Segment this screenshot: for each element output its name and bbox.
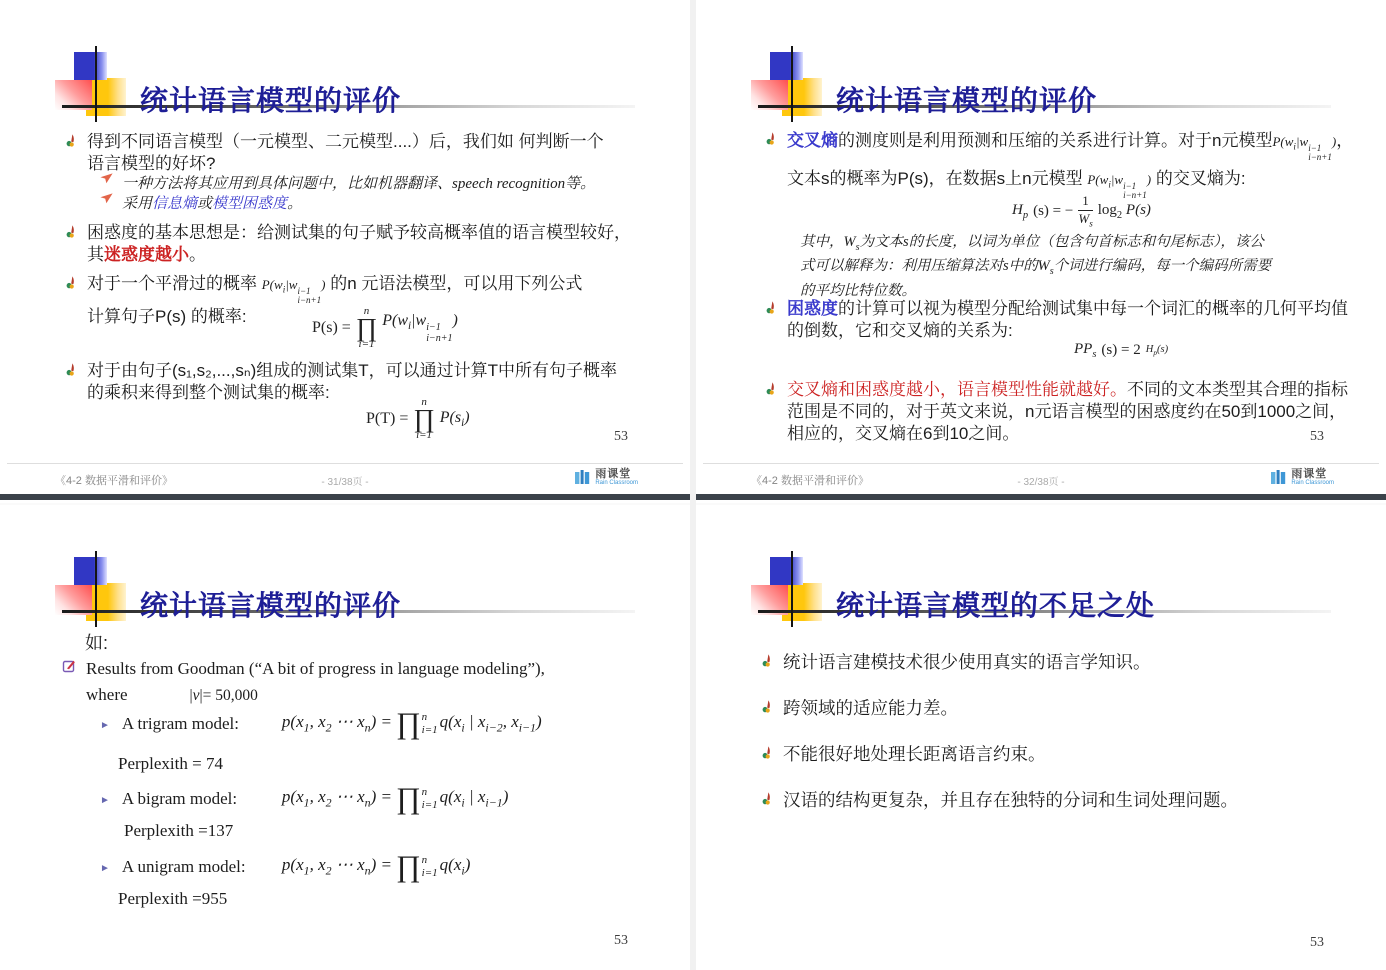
bullet-item: 统计语言建模技术很少使用真实的语言学知识。 <box>762 651 1368 673</box>
brush-bullet-icon <box>766 379 776 445</box>
decor-vertical-line <box>95 551 97 627</box>
decor-vertical-line <box>791 46 793 122</box>
formula-pt: P(T) = n∏i=1 P(si) <box>366 397 470 441</box>
slide-page-33[interactable]: 统计语言模型的评价 如: Results from Goodman (“A bi… <box>0 505 690 970</box>
decor-yellow-square <box>86 78 126 116</box>
sub-bullet: 一种方法将其应用到具体问题中，比如机器翻译、speech recognition… <box>100 172 595 193</box>
slide-page-34[interactable]: 统计语言模型的不足之处 统计语言建模技术很少使用真实的语言学知识。 跨领域的适应… <box>696 505 1386 970</box>
bullet-text: 语言模型的好坏? <box>87 154 215 173</box>
brush-bullet-icon <box>766 129 776 201</box>
bigram-row: ► A bigram model: p(x1, x2 ⋯ xn) = ∏ni=1… <box>100 786 508 812</box>
sub-bullet-text: 一种方法将其应用到具体问题中，比如机器翻译、speech recognition… <box>122 172 595 193</box>
page-number: 53 <box>1310 429 1324 445</box>
model-label: A trigram model: <box>122 714 270 734</box>
keyword-blue: 困惑度 <box>787 299 838 318</box>
decor-vertical-line <box>95 46 97 122</box>
window-bottom-bar <box>0 494 690 500</box>
formula-perplexity: PPs(s) = 2Hp(s) <box>1074 341 1168 360</box>
red-highlight: 交叉熵和困惑度越小，语言模型性能就越好。 <box>787 380 1127 399</box>
brush-bullet-icon <box>66 131 76 175</box>
slide-grid-view: 统计语言模型的评价 得到不同语言模型（一元模型、二元模型....）后，我们如 何… <box>0 0 1386 970</box>
decor-yellow-square <box>86 583 126 621</box>
bullet-item: 得到不同语言模型（一元模型、二元模型....）后，我们如 何判断一个 语言模型的… <box>66 131 672 175</box>
bullet-item: 汉语的结构更复杂，并且存在独特的分词和生词处理问题。 <box>762 789 1368 811</box>
keyword-blue: 交叉熵 <box>787 131 838 150</box>
dart-bullet-icon <box>100 192 113 209</box>
bullet-item: 困惑度的基本思想是：给测试集的句子赋予较高概率值的语言模型较好， 其迷惑度越小。 <box>66 222 672 266</box>
formula-cross-entropy: Hp(s) = − 1Ws log2 P(s) <box>1012 194 1151 229</box>
bullet-text: 跨领域的适应能力差。 <box>783 698 958 718</box>
bullet-item: 交叉熵和困惑度越小，语言模型性能就越好。不同的文本类型其合理的指标 范围是不同的… <box>766 379 1372 445</box>
bullet-text: 困惑度的基本思想是：给测试集的句子赋予较高概率值的语言模型较好， <box>87 223 631 242</box>
page-number: 53 <box>614 933 628 949</box>
formula-ps: P(s) = n∏i=1 P(wi|wi−1i−n+1) <box>312 306 458 350</box>
decor-yellow-square <box>782 583 822 621</box>
model-label: A unigram model: <box>122 857 270 877</box>
bullet-text: 不能很好地处理长距离语言约束。 <box>783 744 1046 764</box>
decor-yellow-square <box>782 78 822 116</box>
rain-classroom-logo-icon <box>1270 469 1287 486</box>
triangle-bullet-icon: ► <box>100 859 110 874</box>
bullet-text: 统计语言建模技术很少使用真实的语言学知识。 <box>783 652 1151 672</box>
bullet-item: 交叉熵的测度则是利用预测和压缩的关系进行计算。对于n元模型P(wi|wi−1i−… <box>766 129 1372 201</box>
formula-note: 其中，Ws为文本s的长度，以词为单位（包含句首标志和句尾标志），该公 式可以解释… <box>800 233 1365 300</box>
trigram-row: ► A trigram model: p(x1, x2 ⋯ xn) = ∏ni=… <box>100 711 542 737</box>
brush-bullet-icon <box>762 697 772 719</box>
bigram-formula: p(x1, x2 ⋯ xn) = ∏ni=1 q(xi | xi−1) <box>282 786 508 812</box>
slide-footer: 《4-2 数据平滑和评价》 - 31/38页 - 雨课堂Rain Classro… <box>7 463 683 492</box>
dart-bullet-icon <box>100 172 113 189</box>
rain-classroom-logo-icon <box>574 469 591 486</box>
inline-formula: P(wi|wi−1i−n+1) <box>1272 134 1336 149</box>
inline-formula: P(wi|wi−1i−n+1) <box>1087 172 1151 187</box>
perplexity-value: Perplexith =137 <box>124 821 233 841</box>
brush-bullet-icon <box>66 222 76 266</box>
memo-icon <box>62 656 76 709</box>
sub-bullet-text: 采用信息熵或模型困惑度。 <box>122 192 302 213</box>
rain-classroom-logo: 雨课堂Rain Classroom <box>574 468 638 487</box>
decor-blue-square <box>74 557 107 585</box>
slide-title: 统计语言模型的不足之处 <box>836 584 1155 624</box>
example-label: 如: <box>85 629 108 655</box>
brush-bullet-icon <box>766 298 776 342</box>
bullet-item: 跨领域的适应能力差。 <box>762 697 1368 719</box>
slide-page-31[interactable]: 统计语言模型的评价 得到不同语言模型（一元模型、二元模型....）后，我们如 何… <box>0 0 690 503</box>
unigram-row: ► A unigram model: p(x1, x2 ⋯ xn) = ∏ni=… <box>100 854 470 880</box>
bullet-text: 汉语的结构更复杂，并且存在独特的分词和生词处理问题。 <box>783 790 1238 810</box>
bullet-item: 困惑度的计算可以视为模型分配给测试集中每一个词汇的概率的几何平均值 的倒数，它和… <box>766 298 1372 342</box>
bullet-text: 得到不同语言模型（一元模型、二元模型....）后，我们如 何判断一个 <box>87 132 604 151</box>
goodman-text: Results from Goodman (“A bit of progress… <box>86 659 545 678</box>
decor-blue-square <box>770 557 803 585</box>
decor-blue-square <box>770 52 803 80</box>
brush-bullet-icon <box>66 273 76 328</box>
slide-title: 统计语言模型的评价 <box>836 79 1097 119</box>
page-number: 53 <box>1310 935 1324 951</box>
rain-classroom-logo: 雨课堂Rain Classroom <box>1270 468 1334 487</box>
brush-bullet-icon <box>762 743 772 765</box>
perplexity-value: Perplexith = 74 <box>118 754 223 774</box>
inline-formula: P(wi|wi−1i−n+1) <box>262 277 326 292</box>
slide-footer: 《4-2 数据平滑和评价》 - 32/38页 - 雨课堂Rain Classro… <box>703 463 1379 492</box>
decor-vertical-line <box>791 551 793 627</box>
decor-blue-square <box>74 52 107 80</box>
triangle-bullet-icon: ► <box>100 791 110 806</box>
slide-title: 统计语言模型的评价 <box>140 584 401 624</box>
unigram-formula: p(x1, x2 ⋯ xn) = ∏ni=1 q(xi) <box>282 854 470 880</box>
sub-bullet: 采用信息熵或模型困惑度。 <box>100 192 302 213</box>
page-number: 53 <box>614 429 628 445</box>
trigram-formula: p(x1, x2 ⋯ xn) = ∏ni=1 q(xi | xi−2, xi−1… <box>282 711 542 737</box>
perplexity-value: Perplexith =955 <box>118 889 227 909</box>
brush-bullet-icon <box>762 789 772 811</box>
bullet-item: Results from Goodman (“A bit of progress… <box>62 656 656 709</box>
brush-bullet-icon <box>762 651 772 673</box>
slide-title: 统计语言模型的评价 <box>140 79 401 119</box>
slide-page-32[interactable]: 统计语言模型的评价 交叉熵的测度则是利用预测和压缩的关系进行计算。对于n元模型P… <box>696 0 1386 503</box>
brush-bullet-icon <box>66 360 76 404</box>
vocab-size: |v|= 50,000 <box>190 687 258 704</box>
red-highlight: 迷惑度越小 <box>104 245 189 264</box>
bullet-item: 不能很好地处理长距离语言约束。 <box>762 743 1368 765</box>
model-label: A bigram model: <box>122 789 270 809</box>
window-bottom-bar <box>696 494 1386 500</box>
triangle-bullet-icon: ► <box>100 716 110 731</box>
